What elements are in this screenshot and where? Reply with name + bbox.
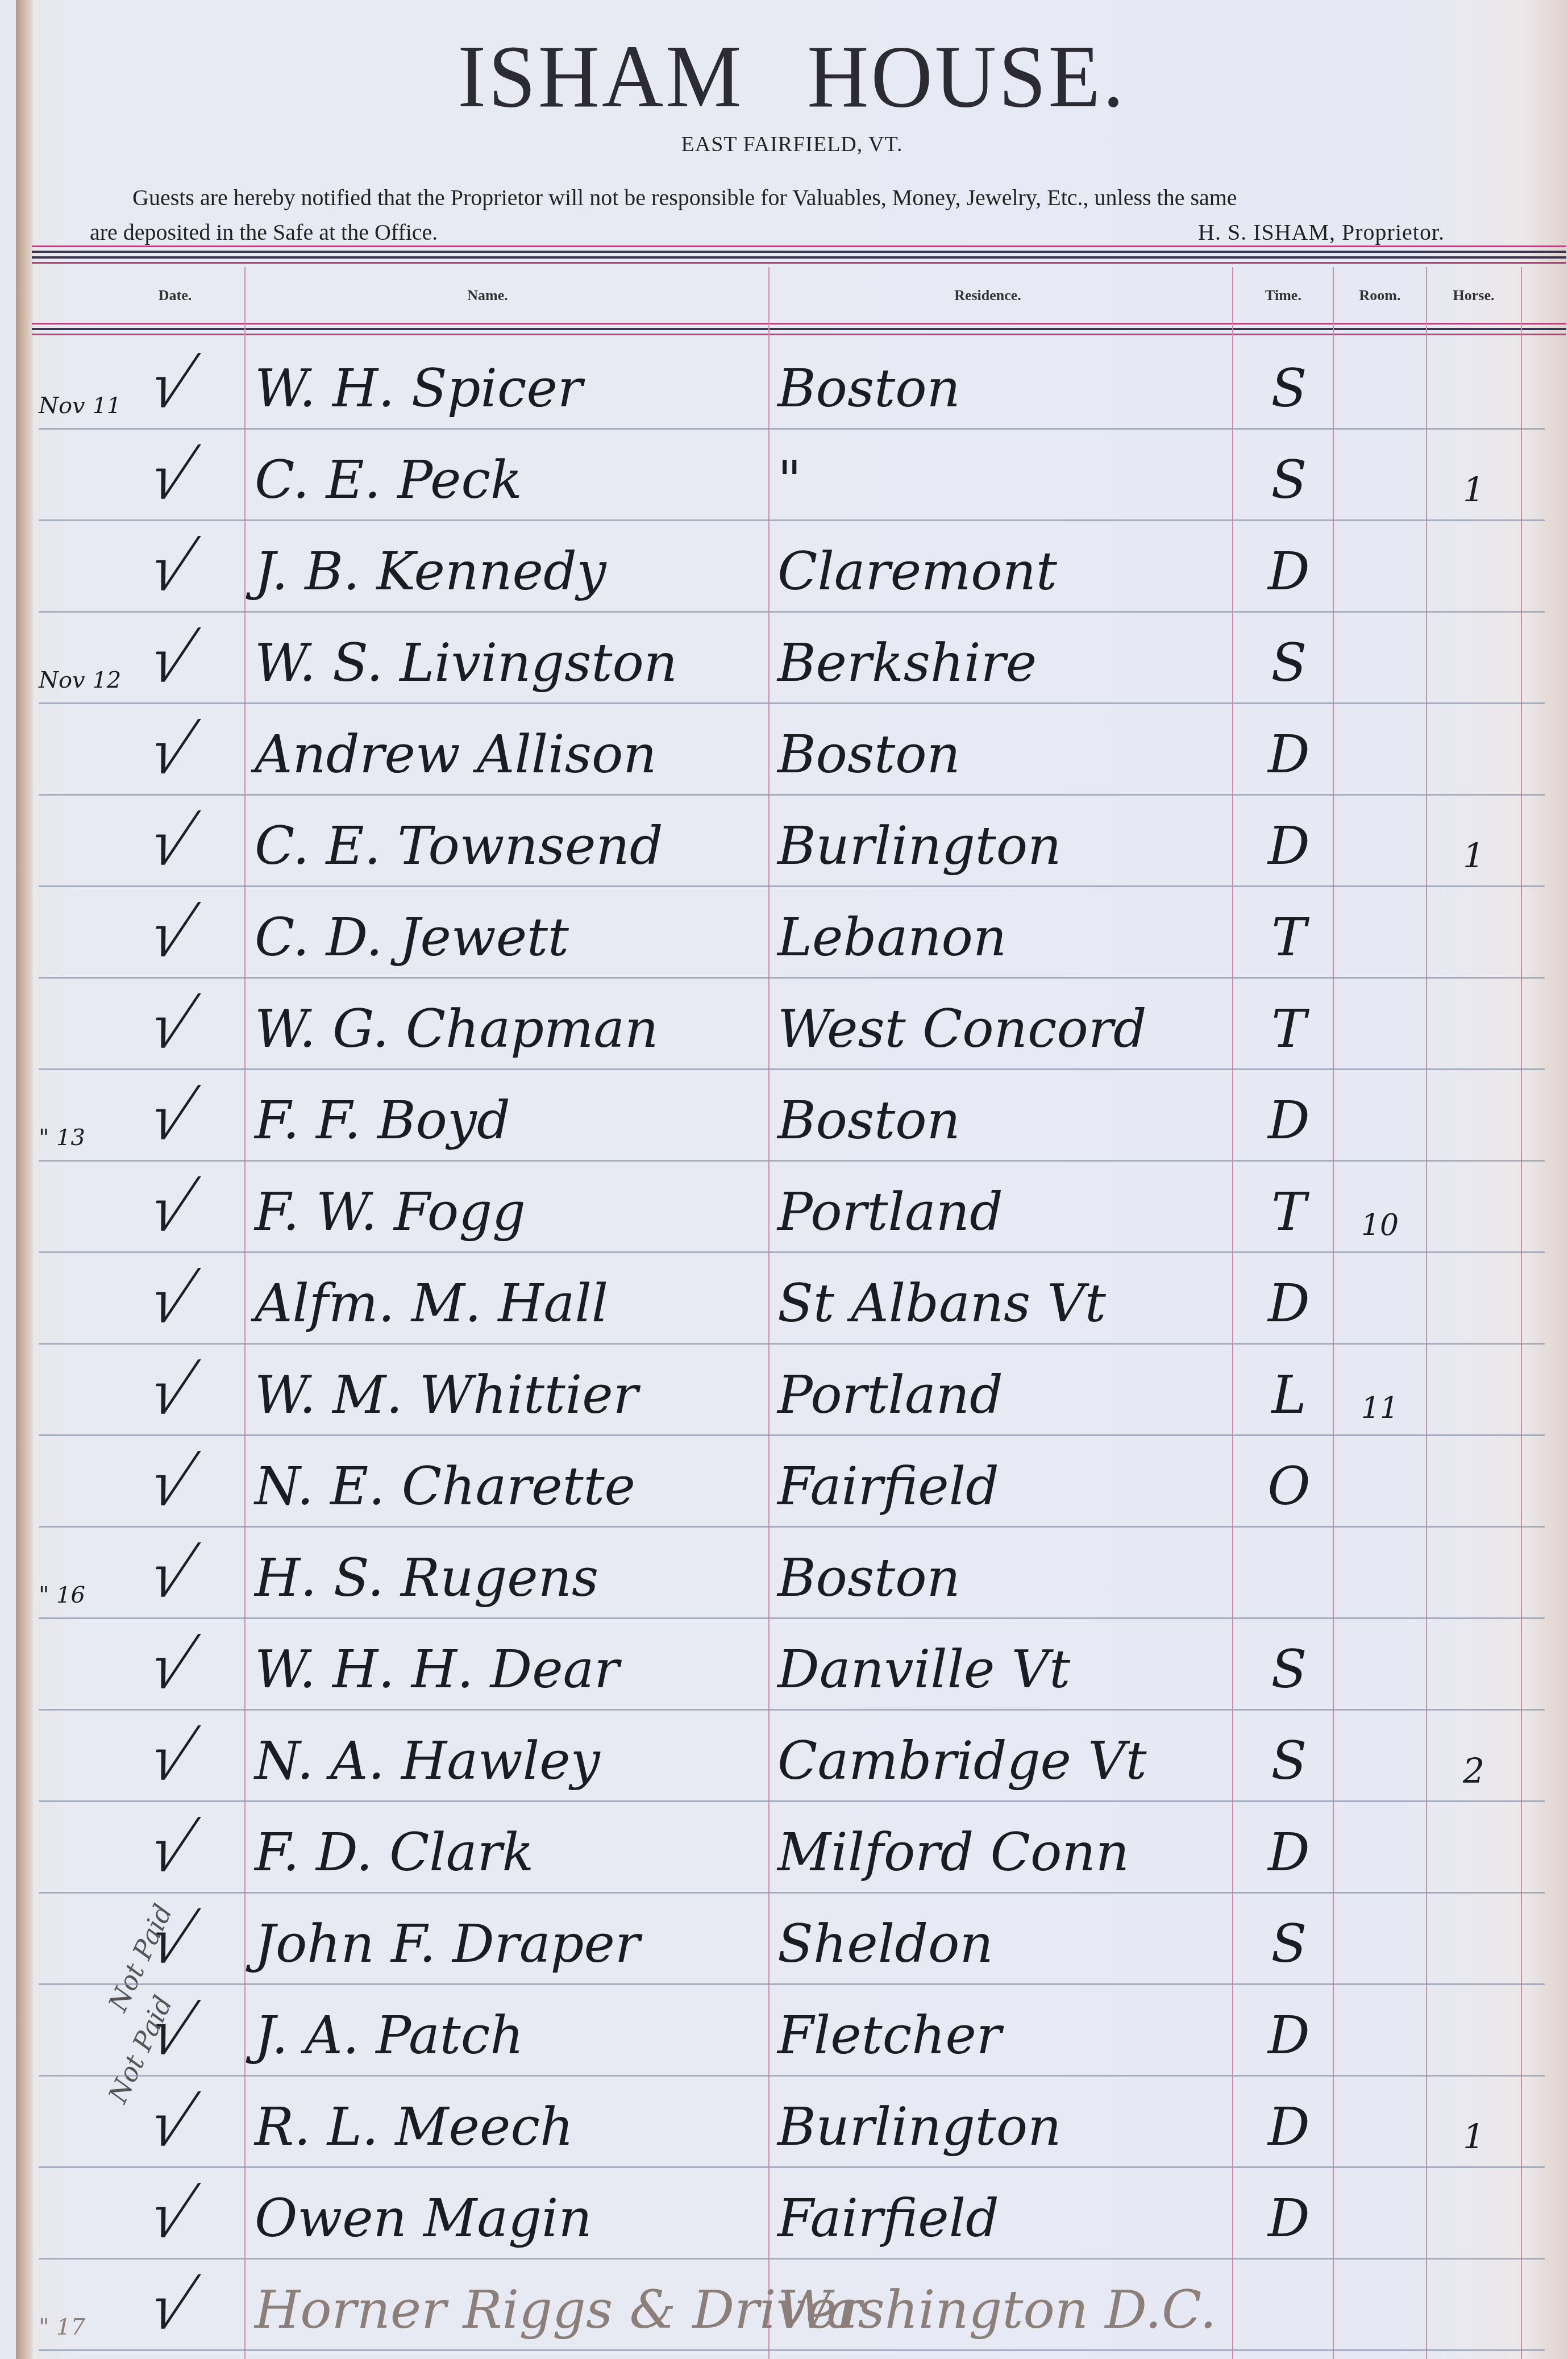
horse-count: 2 [1434,1751,1513,1791]
arrival-time: L [1255,1364,1323,1425]
guest-residence: Burlington [777,2096,1061,2157]
notice-line-2: are deposited in the Safe at the Office. [90,219,438,246]
arrival-time: S [1255,633,1323,693]
guest-name: C. E. Peck [255,450,522,510]
guest-residence: Portland [777,1364,1003,1425]
guest-name: F. D. Clark [255,1822,534,1883]
guest-name: N. E. Charette [255,1456,635,1517]
check-mark-icon: √ [138,894,204,972]
check-mark-icon: √ [138,1443,204,1521]
table-row: √W. M. WhittierPortlandL11 [16,1345,1568,1436]
arrival-time: D [1255,2188,1323,2249]
arrival-time: D [1255,1273,1323,1334]
guest-name: W. S. Livingston [255,633,677,693]
arrival-time: O [1255,1456,1323,1517]
table-row: √C. D. JewettLebanonT [16,887,1568,978]
arrival-time: S [1255,1639,1323,1700]
arrival-time: D [1255,541,1323,602]
arrival-time: S [1255,358,1323,419]
table-row: √W. G. ChapmanWest ConcordT [16,979,1568,1070]
guest-name: C. E. Townsend [255,816,663,876]
check-mark-icon: √ [138,1260,204,1338]
arrival-time: S [1255,1913,1323,1974]
check-mark-icon: √ [138,1717,204,1796]
row-rule [39,2349,1545,2351]
table-row: Nov 12√W. S. LivingstonBerkshireS [16,613,1568,704]
guest-residence: Fairfield [777,1456,999,1517]
guest-residence: West Concord [777,998,1147,1059]
guest-name: W. G. Chapman [255,998,658,1059]
guest-name: W. H. Spicer [255,358,583,419]
table-row: √John F. DraperSheldonSNot Paid [16,1894,1568,1984]
guest-name: Owen Magin [255,2188,592,2249]
proprietor-signature: H. S. ISHAM, Proprietor. [1198,219,1445,246]
guest-name: N. A. Hawley [255,1730,600,1791]
guest-residence: Sheldon [777,1913,993,1974]
guest-residence: Fairfield [777,2188,999,2249]
table-row: √C. E. Peck"S1 [16,430,1568,521]
table-row: √W. H. H. DearDanville VtS [16,1619,1568,1710]
guest-name: F. W. Fogg [255,1181,526,1242]
check-mark-icon: √ [138,2083,204,2162]
arrival-time: D [1255,724,1323,785]
guest-residence: Boston [777,358,960,419]
guest-residence: Berkshire [777,633,1037,693]
column-header-residence: Residence. [902,287,1073,304]
guest-name: H. S. Rugens [255,1547,598,1608]
guest-residence: " [777,450,801,510]
column-header-horse: Horse. [1434,287,1513,304]
horse-count: 1 [1434,837,1513,876]
check-mark-icon: √ [138,1351,204,1430]
table-row: √R. L. MeechBurlingtonD1 [16,2077,1568,2167]
table-row: √J. A. PatchFletcherDNot Paid [16,1985,1568,2076]
guest-name: Alfm. M. Hall [255,1273,608,1334]
table-row: " 13√F. F. BoydBostonD [16,1070,1568,1161]
guest-name: W. H. H. Dear [255,1639,619,1700]
guest-name: J. A. Patch [255,2005,524,2066]
horse-count: 1 [1434,471,1513,510]
column-header-date: Date. [130,287,221,304]
table-row: √Andrew AllisonBostonD [16,704,1568,795]
room-number: 11 [1340,1391,1420,1425]
table-row: √N. E. CharetteFairfieldO [16,1436,1568,1527]
check-mark-icon: √ [138,1626,204,1704]
arrival-time: D [1255,1090,1323,1151]
arrival-time: T [1255,907,1323,968]
arrival-time: S [1255,450,1323,510]
table-row: √Owen MaginFairfieldD [16,2168,1568,2259]
column-header-room: Room. [1340,287,1420,304]
table-row: Nov 11√W. H. SpicerBostonS [16,338,1568,429]
check-mark-icon: √ [138,2175,204,2253]
table-row: √F. D. ClarkMilford ConnD [16,1802,1568,1893]
guest-residence: St Albans Vt [777,1273,1106,1334]
table-row: √J. B. KennedyClaremontD [16,521,1568,612]
arrival-time: D [1255,1822,1323,1883]
check-mark-icon: √ [138,802,204,881]
guest-name: C. D. Jewett [255,907,569,968]
column-header-name: Name. [414,287,562,304]
table-row: √F. W. FoggPortlandT10 [16,1162,1568,1253]
arrival-time: D [1255,2096,1323,2157]
table-row: " 16√H. S. RugensBoston [16,1528,1568,1619]
check-mark-icon: √ [138,711,204,789]
guest-residence: Boston [777,1547,960,1608]
guest-name: Andrew Allison [255,724,657,785]
arrival-time: T [1255,998,1323,1059]
guest-residence: Washington D.C. [777,2279,1216,2340]
table-row: √C. E. TownsendBurlingtonD1 [16,796,1568,887]
hotel-location: EAST FAIRFIELD, VT. [16,132,1568,157]
check-mark-icon: √ [138,1168,204,1247]
guest-name: R. L. Meech [255,2096,573,2157]
guest-residence: Portland [777,1181,1003,1242]
page-title: ISHAM HOUSE. [16,25,1568,128]
guest-residence: Boston [777,724,960,785]
guest-name: Horner Riggs & Driver [255,2279,862,2340]
guest-residence: Cambridge Vt [777,1730,1147,1791]
column-header-time: Time. [1243,287,1323,304]
guest-residence: Lebanon [777,907,1006,968]
arrival-time: D [1255,2005,1323,2066]
arrival-time: S [1255,1730,1323,1791]
guest-residence: Fletcher [777,2005,1001,2066]
guest-name: W. M. Whittier [255,1364,638,1425]
table-row: √Alfm. M. HallSt Albans VtD [16,1253,1568,1344]
arrival-time: T [1255,1181,1323,1242]
header-top-rule [32,246,1566,267]
check-mark-icon: √ [138,985,204,1064]
guest-residence: Danville Vt [777,1639,1070,1700]
check-mark-icon: √ [138,436,204,515]
guest-name: F. F. Boyd [255,1090,510,1151]
horse-count: 1 [1434,2117,1513,2157]
guest-name: J. B. Kennedy [255,541,606,602]
guest-residence: Milford Conn [777,1822,1129,1883]
notice-line-1: Guests are hereby notified that the Prop… [132,181,1565,215]
table-row: √N. A. HawleyCambridge VtS2 [16,1711,1568,1802]
guest-name: John F. Draper [255,1913,640,1974]
room-number: 10 [1340,1208,1420,1242]
table-row: " 17√Horner Riggs & DriverWashington D.C… [16,2260,1568,2350]
register-page: ISHAM HOUSE. EAST FAIRFIELD, VT. Guests … [16,0,1568,2359]
arrival-time: D [1255,816,1323,876]
guest-residence: Burlington [777,816,1061,876]
guest-residence: Claremont [777,541,1057,602]
header-bottom-rule [32,323,1566,339]
check-mark-icon: √ [138,1809,204,1887]
guest-residence: Boston [777,1090,960,1151]
check-mark-icon: √ [138,528,204,606]
